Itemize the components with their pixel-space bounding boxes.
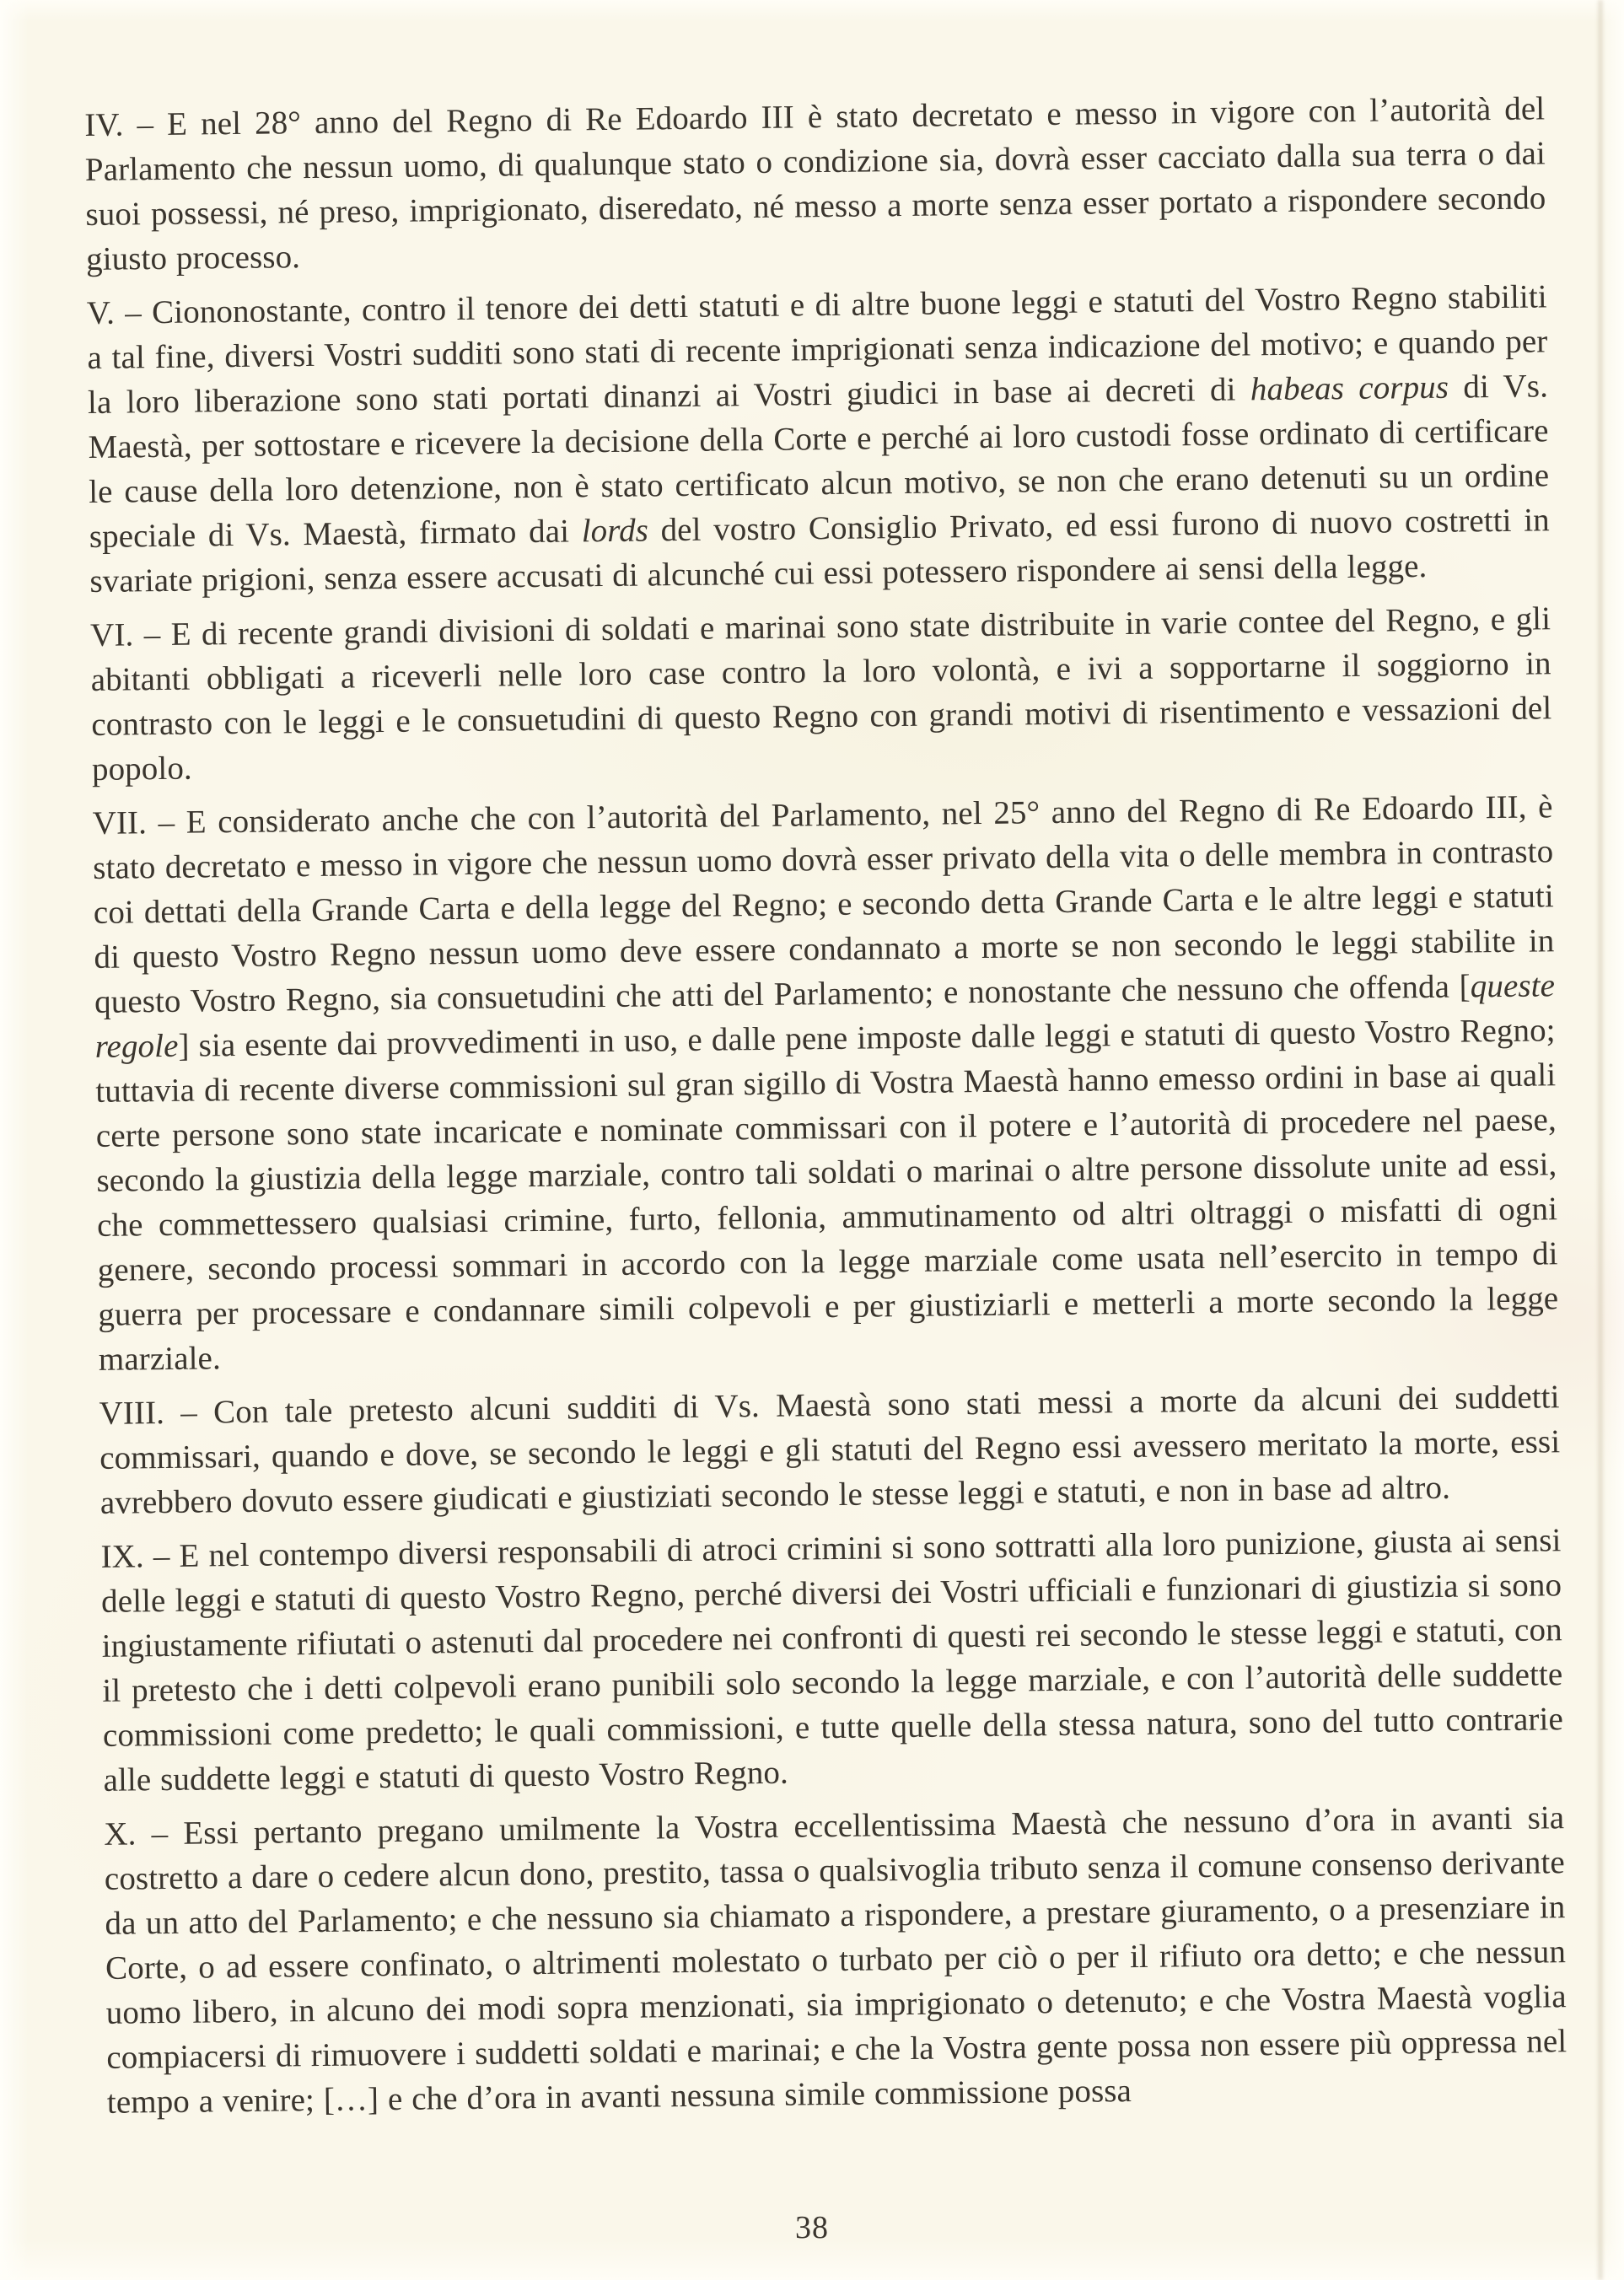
paragraph-VII: VII. – E considerato anche che con l’aut… <box>92 784 1559 1382</box>
paragraph-VI: VI. – E di recente grandi divisioni di s… <box>90 596 1552 792</box>
page-number: 38 <box>761 2209 863 2246</box>
text-segment: X. – Essi pertanto pregano umilmente la … <box>104 1799 1567 2121</box>
page-edge-shadow <box>1597 0 1604 2280</box>
paragraph-VIII: VIII. – Con tale pretesto alcuni sudditi… <box>99 1374 1561 1525</box>
text-segment: lords <box>581 512 648 549</box>
text-segment: VII. – E considerato anche che con l’aut… <box>92 788 1554 1020</box>
text-segment: IX. – E nel contempo diversi responsabil… <box>100 1522 1563 1799</box>
text-segment: ] sia esente dai provvedimenti in uso, e… <box>95 1012 1558 1378</box>
text-segment: VI. – E di recente grandi divisioni di s… <box>90 600 1552 788</box>
scan-page: IV. – E nel 28° anno del Regno di Re Edo… <box>0 0 1624 2280</box>
text-segment: habeas corpus <box>1250 369 1449 408</box>
paragraph-IV: IV. – E nel 28° anno del Regno di Re Edo… <box>84 86 1546 282</box>
text-segment: VIII. – Con tale pretesto alcuni sudditi… <box>99 1379 1560 1521</box>
text-segment: IV. – E nel 28° anno del Regno di Re Edo… <box>84 90 1546 277</box>
text-block: IV. – E nel 28° anno del Regno di Re Edo… <box>84 86 1568 2124</box>
paragraph-V: V. – Ciononostante, contro il tenore dei… <box>87 274 1551 604</box>
paragraph-IX: IX. – E nel contempo diversi responsabil… <box>100 1518 1563 1803</box>
paragraph-X: X. – Essi pertanto pregano umilmente la … <box>104 1795 1568 2125</box>
